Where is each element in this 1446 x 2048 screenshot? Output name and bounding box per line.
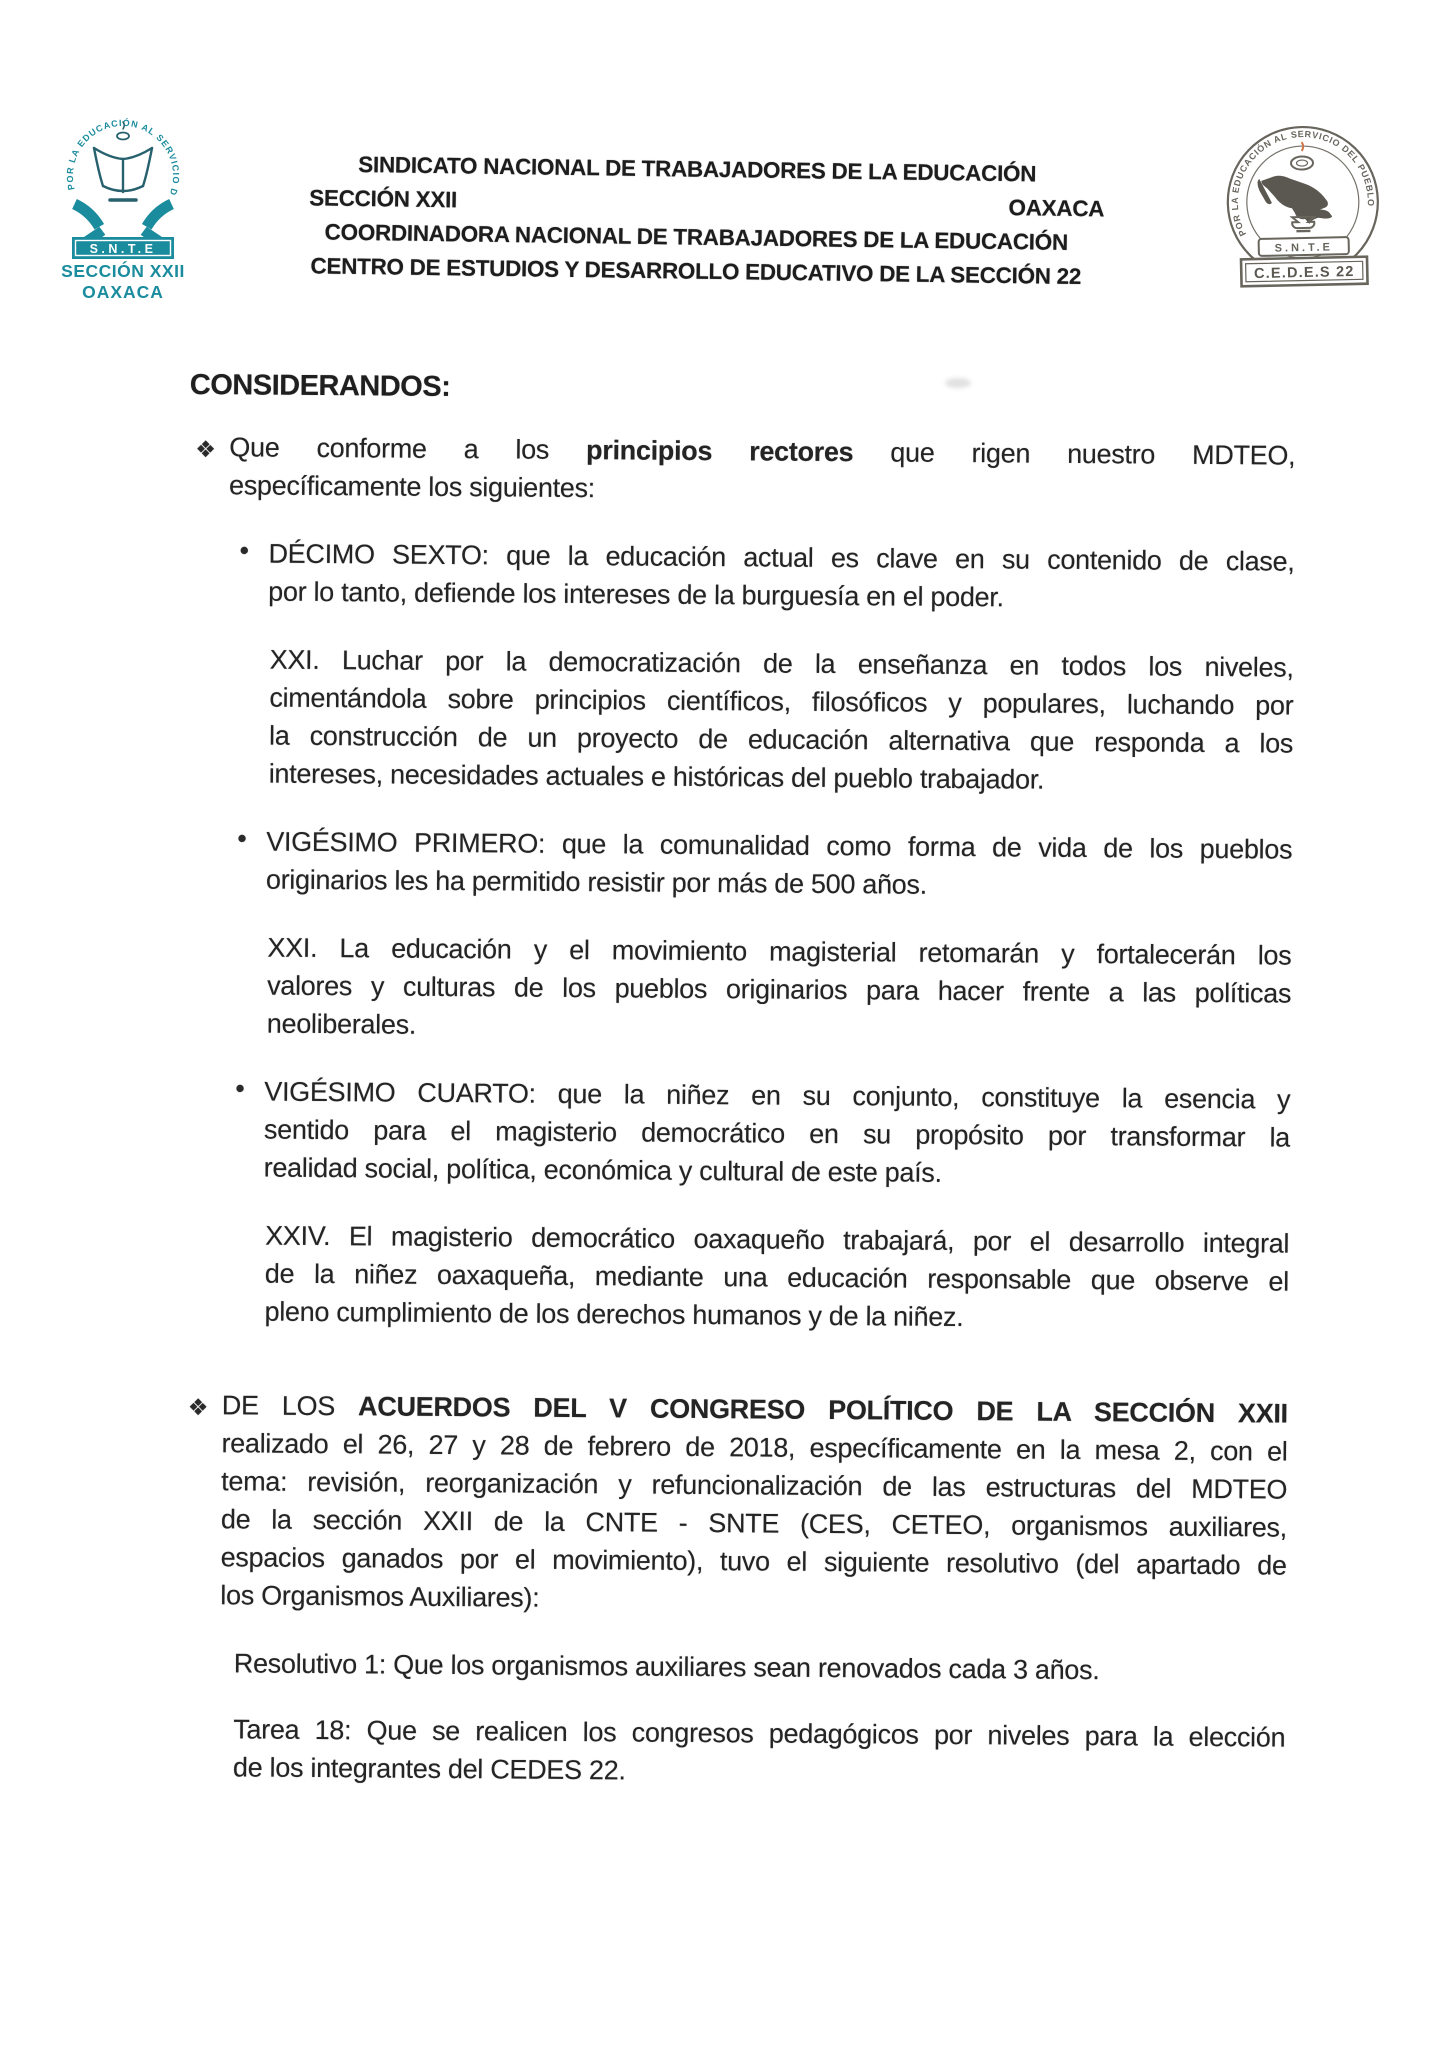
snte-banner: S.N.T.E (72, 237, 174, 259)
oaxaca-label: OAXACA (1008, 191, 1104, 226)
text-line: originarios les ha permitido resistir po… (266, 861, 1292, 907)
section-label: SECCIÓN XXII (309, 181, 457, 217)
letterhead-text: SINDICATO NACIONAL DE TRABAJADORES DE LA… (213, 146, 1180, 295)
paragraph-blocks: ❖Que conforme a los principios rectores … (185, 428, 1296, 1795)
seal-snte-box: S.N.T.E (1259, 237, 1349, 256)
text-line: intereses, necesidades actuales e histór… (269, 755, 1293, 801)
snte-banner-label: S.N.T.E (90, 242, 157, 256)
dot-bullet-icon: • (237, 819, 246, 857)
seal-cedes-label: C.E.D.E.S 22 (1254, 264, 1355, 282)
considerandos-heading: CONSIDERANDOS: (190, 366, 1296, 413)
left-logo-ring-text: POR LA EDUCACIÓN AL SERVICIO DEL PUEBLO (54, 102, 181, 197)
paragraph-block-8: ❖DE LOS ACUERDOS DEL V CONGRESO POLÍTICO… (186, 1386, 1288, 1623)
left-logo-section-label: SECCIÓN XXII (61, 260, 185, 281)
paragraph-block-6: •VIGÉSIMO CUARTO: que la niñez en su con… (190, 1072, 1291, 1195)
text-line: realidad social, política, económica y c… (264, 1149, 1290, 1195)
open-book-icon (94, 122, 152, 200)
paragraph-block-9: Resolutivo 1: Que los organismos auxilia… (186, 1644, 1286, 1691)
paragraph-block-2: •DÉCIMO SEXTO: que la educación actual e… (194, 534, 1295, 619)
text-line: neoliberales. (267, 1005, 1291, 1051)
document-page: POR LA EDUCACIÓN AL SERVICIO DEL PUEBLO … (0, 0, 1446, 2048)
paragraph-block-1: ❖Que conforme a los principios rectores … (195, 428, 1296, 513)
paragraph-block-10: Tarea 18: Que se realicen los congresos … (185, 1710, 1286, 1795)
paragraph-block-5: XXI. La educación y el movimiento magist… (191, 928, 1292, 1051)
dot-bullet-icon: • (239, 531, 248, 569)
text-line: Resolutivo 1: Que los organismos auxilia… (234, 1644, 1286, 1690)
paragraph-block-3: XXI. Luchar por la democratización de la… (193, 640, 1294, 801)
paragraph-block-7: XXIV. El magisterio democrático oaxaqueñ… (188, 1216, 1289, 1339)
text-line: pleno cumplimiento de los derechos human… (264, 1293, 1288, 1339)
text-line: valores y culturas de los pueblos origin… (267, 967, 1291, 1013)
cedes-22-seal: POR LA EDUCACIÓN AL SERVICIO DEL PUEBLO … (1208, 116, 1402, 305)
document-body: CONSIDERANDOS: ❖Que conforme a los princ… (185, 366, 1296, 1823)
dot-bullet-icon: • (235, 1069, 244, 1107)
text-line: por lo tanto, defiende los intereses de … (268, 573, 1294, 619)
seal-snte-label: S.N.T.E (1275, 241, 1334, 254)
left-logo-oaxaca-label: OAXACA (82, 282, 164, 302)
diamond-bullet-icon: ❖ (195, 430, 216, 468)
paragraph-block-4: •VIGÉSIMO PRIMERO: que la comunalidad co… (192, 822, 1293, 907)
snte-seccion-xxii-logo: POR LA EDUCACIÓN AL SERVICIO DEL PUEBLO … (58, 110, 188, 310)
seal-cedes-box: C.E.D.E.S 22 (1241, 257, 1368, 287)
diamond-bullet-icon: ❖ (188, 1388, 209, 1426)
